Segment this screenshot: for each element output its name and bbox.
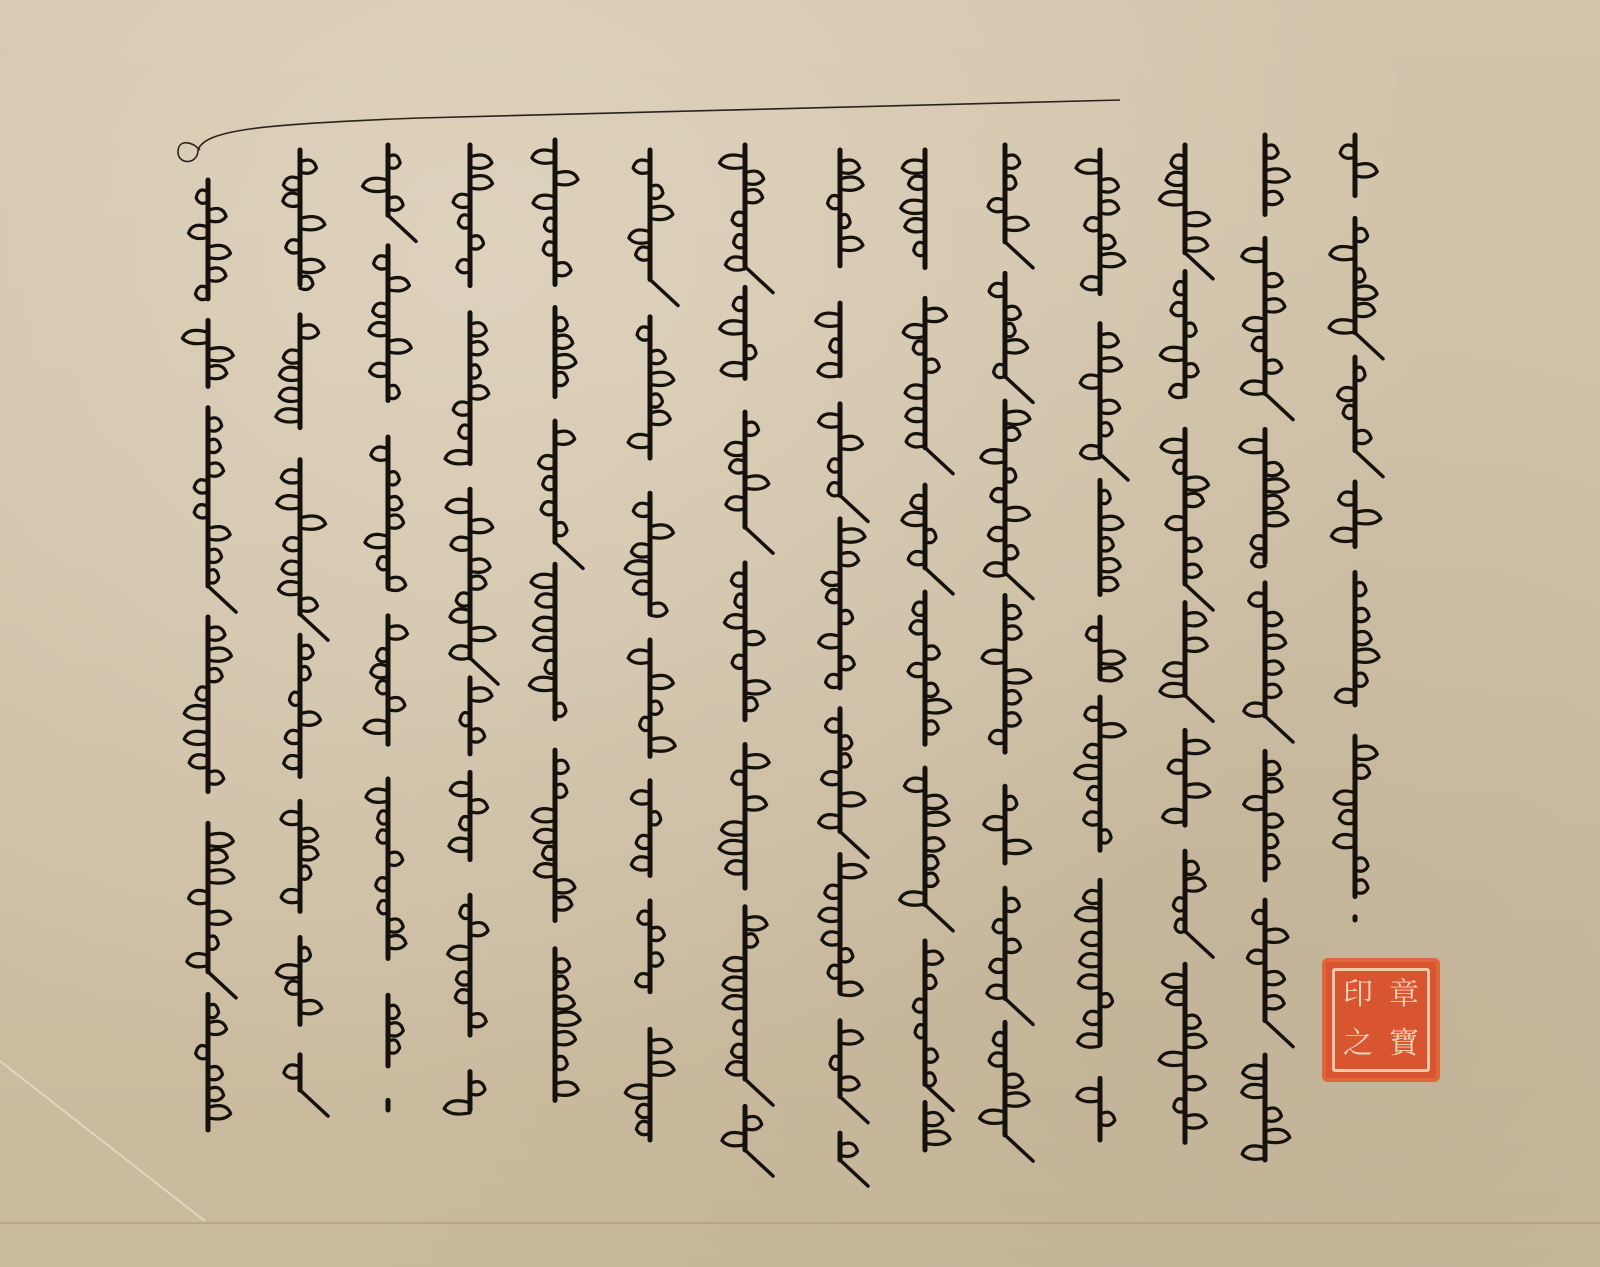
script-stroke [1075, 765, 1100, 778]
script-stroke [1162, 974, 1185, 987]
script-stroke [904, 778, 925, 791]
script-stroke [1005, 670, 1031, 683]
seal-glyph: 章 [1381, 971, 1427, 1020]
script-stroke [470, 386, 489, 399]
script-stroke [370, 363, 388, 376]
script-stroke [363, 178, 388, 191]
script-stroke [470, 342, 487, 355]
script-stroke [1160, 347, 1185, 360]
script-stroke [631, 857, 650, 870]
script-stroke [371, 447, 388, 460]
script-stroke [625, 1085, 650, 1098]
script-stroke [1185, 784, 1210, 797]
script-stroke [1005, 1093, 1029, 1106]
script-stroke [300, 516, 326, 529]
script-stroke [1247, 950, 1265, 963]
script-stroke [745, 190, 763, 203]
script-stroke [1242, 248, 1265, 261]
script-stroke [529, 677, 555, 690]
script-stroke [1005, 1074, 1023, 1087]
script-stroke [449, 838, 470, 851]
script-stroke [1355, 286, 1377, 299]
script-stroke [724, 615, 745, 628]
script-stroke [650, 675, 673, 688]
script-stroke [1166, 172, 1185, 185]
script-stroke [1163, 809, 1185, 822]
script-stroke [388, 577, 406, 590]
script-stroke [650, 738, 675, 751]
script-stroke [536, 594, 555, 607]
script-stroke [903, 324, 925, 337]
script-stroke [981, 450, 1005, 463]
script-stroke [208, 365, 227, 378]
script-stroke [722, 822, 745, 835]
script-stroke [900, 892, 925, 905]
script-stroke [184, 706, 208, 719]
script-stroke [925, 812, 949, 825]
script-stroke [1100, 358, 1122, 371]
script-stroke [555, 431, 575, 444]
script-stroke [1100, 724, 1125, 737]
script-stroke [1335, 689, 1355, 702]
script-stroke [534, 864, 555, 877]
script-stroke [628, 434, 650, 447]
script-stroke [840, 1031, 863, 1044]
script-stroke [1100, 668, 1122, 681]
script-stroke [1005, 840, 1031, 853]
script-stroke [555, 335, 573, 348]
script-stroke [1265, 996, 1284, 1009]
script-stroke [364, 720, 388, 733]
script-stroke [189, 755, 208, 768]
script-stroke [450, 609, 470, 622]
script-stroke [726, 1062, 745, 1075]
script-stroke [1185, 740, 1209, 753]
script-stroke [631, 544, 650, 557]
script-stroke [982, 650, 1005, 663]
script-stroke [1355, 649, 1379, 662]
script-stroke [1242, 1084, 1265, 1097]
script-stroke [1334, 791, 1355, 804]
script-stroke [1265, 360, 1282, 373]
script-stroke [1161, 439, 1185, 452]
script-stroke [925, 1112, 943, 1125]
script-stroke [1080, 375, 1100, 388]
script-stroke [450, 782, 470, 795]
script-stroke [279, 367, 300, 380]
script-stroke [281, 811, 300, 824]
script-stroke [470, 155, 492, 168]
script-stroke [555, 880, 575, 893]
script-stroke [1005, 217, 1028, 230]
script-stroke [745, 631, 764, 644]
script-stroke [819, 908, 840, 921]
script-stroke [1185, 878, 1205, 891]
script-stroke [984, 816, 1005, 829]
seal-glyph: 印 [1335, 971, 1381, 1020]
script-stroke [840, 1077, 859, 1090]
script-stroke [633, 503, 650, 516]
script-stroke [816, 313, 840, 326]
script-stroke [1265, 495, 1283, 508]
script-stroke [840, 1143, 857, 1156]
script-stroke [1334, 834, 1355, 847]
script-stroke [925, 951, 943, 964]
script-stroke [470, 519, 493, 532]
script-stroke [187, 954, 208, 967]
script-stroke [300, 828, 318, 841]
script-stroke [445, 451, 470, 464]
script-stroke [840, 864, 866, 877]
script-stroke [1168, 760, 1185, 773]
script-stroke [1100, 334, 1118, 347]
script-stroke [278, 581, 300, 594]
script-stroke [1159, 1052, 1185, 1065]
script-stroke [840, 177, 863, 190]
script-stroke [720, 321, 745, 334]
script-stroke [555, 1012, 580, 1025]
script-stroke [300, 259, 324, 272]
script-stroke [448, 946, 470, 959]
manuscript-paper: 印 章 之 寶 [0, 0, 1600, 1267]
script-stroke [631, 791, 650, 804]
script-stroke [1185, 238, 1208, 251]
script-stroke [208, 1021, 227, 1034]
script-stroke [840, 793, 865, 806]
script-stroke [451, 537, 470, 550]
script-stroke [450, 646, 470, 659]
script-stroke [555, 1082, 578, 1095]
script-stroke [532, 150, 555, 163]
script-stroke [906, 408, 925, 421]
script-stroke [1166, 516, 1185, 529]
script-stroke [1080, 954, 1100, 967]
script-stroke [208, 268, 226, 281]
script-stroke [984, 563, 1005, 576]
script-stroke [281, 889, 300, 902]
script-stroke [633, 581, 650, 594]
script-stroke [719, 840, 745, 853]
script-stroke [745, 681, 770, 694]
script-stroke [726, 497, 745, 510]
script-stroke [650, 603, 667, 616]
script-stroke [925, 1131, 950, 1144]
script-stroke [1265, 612, 1282, 625]
script-stroke [1080, 446, 1100, 459]
script-stroke [1244, 796, 1265, 809]
script-stroke [555, 172, 578, 185]
script-stroke [720, 155, 745, 168]
script-stroke [725, 442, 745, 455]
script-stroke [1242, 1146, 1265, 1159]
script-stroke [1082, 932, 1100, 945]
script-stroke [840, 237, 863, 250]
script-stroke [819, 635, 840, 648]
script-stroke [277, 496, 300, 509]
script-stroke [300, 598, 317, 611]
script-stroke [650, 411, 670, 424]
script-stroke [1265, 462, 1282, 475]
script-stroke [1100, 201, 1119, 214]
script-stroke [1159, 192, 1185, 205]
red-seal: 印 章 之 寶 [1322, 958, 1440, 1082]
script-stroke [1265, 635, 1286, 648]
script-stroke [1100, 577, 1118, 590]
script-stroke [1265, 971, 1285, 984]
script-stroke [902, 512, 925, 525]
script-stroke [745, 797, 767, 810]
script-stroke [1100, 651, 1125, 664]
script-stroke [905, 219, 925, 232]
script-stroke [840, 160, 860, 173]
script-stroke [745, 171, 764, 184]
script-stroke [1265, 169, 1289, 182]
script-stroke [1331, 528, 1355, 541]
script-stroke [1160, 683, 1185, 696]
script-stroke [1100, 253, 1125, 266]
script-stroke [650, 1062, 674, 1075]
script-stroke [555, 897, 572, 910]
script-stroke [1338, 388, 1355, 401]
script-stroke [300, 1001, 322, 1014]
script-stroke [446, 499, 470, 512]
script-stroke [925, 795, 946, 808]
script-stroke [555, 996, 574, 1009]
script-stroke [925, 308, 946, 321]
script-stroke [470, 559, 490, 572]
script-stroke [819, 414, 840, 427]
script-stroke [1265, 479, 1288, 492]
script-stroke [208, 1106, 231, 1119]
script-stroke [906, 434, 925, 447]
script-stroke [1077, 1088, 1100, 1101]
script-stroke [1005, 340, 1028, 353]
script-stroke [1185, 1034, 1206, 1047]
script-stroke [388, 278, 409, 291]
script-stroke [625, 561, 650, 574]
script-stroke [1355, 303, 1375, 316]
script-stroke [208, 870, 234, 883]
script-stroke [534, 829, 555, 842]
script-stroke [980, 1110, 1005, 1123]
script-stroke [901, 200, 925, 213]
script-stroke [208, 245, 231, 258]
script-stroke [1076, 160, 1100, 173]
script-stroke [1185, 638, 1207, 651]
script-stroke [650, 372, 674, 385]
script-stroke [925, 700, 951, 713]
script-stroke [371, 665, 388, 678]
script-stroke [1185, 493, 1203, 506]
script-stroke [1164, 663, 1185, 676]
script-stroke [628, 650, 650, 663]
script-stroke [208, 849, 227, 862]
seal-glyph: 之 [1335, 1020, 1381, 1069]
script-stroke [470, 176, 493, 189]
script-stroke [555, 355, 576, 368]
script-stroke [1355, 164, 1377, 177]
script-stroke [300, 712, 321, 725]
script-stroke [722, 1133, 745, 1146]
script-stroke [300, 847, 318, 860]
script-stroke [365, 534, 388, 547]
script-stroke [1078, 1034, 1100, 1047]
script-stroke [533, 617, 555, 630]
script-stroke [840, 553, 859, 566]
script-stroke [276, 965, 300, 978]
script-stroke [1167, 991, 1185, 1004]
script-stroke [987, 985, 1005, 998]
script-stroke [724, 957, 745, 970]
script-stroke [444, 1101, 470, 1114]
script-stroke [453, 402, 470, 415]
script-stroke [822, 572, 840, 585]
script-stroke [283, 193, 300, 206]
script-stroke [189, 225, 208, 238]
script-stroke [925, 838, 944, 851]
script-stroke [1243, 318, 1265, 331]
script-stroke [1185, 1077, 1205, 1090]
script-stroke [629, 230, 650, 243]
script-stroke [723, 996, 745, 1009]
script-stroke [208, 911, 231, 924]
script-stroke [366, 789, 388, 802]
script-stroke [208, 208, 226, 221]
script-stroke [182, 330, 208, 343]
script-stroke [470, 800, 488, 813]
script-stroke [533, 195, 555, 208]
script-stroke [531, 574, 555, 587]
script-stroke [1330, 246, 1355, 259]
script-stroke [745, 755, 769, 768]
script-stroke [1244, 703, 1265, 716]
script-stroke [1243, 1065, 1265, 1078]
script-stroke [1329, 320, 1355, 333]
script-stroke [555, 1032, 576, 1045]
script-stroke [819, 815, 840, 828]
script-stroke [300, 217, 325, 230]
seal-glyph: 寶 [1381, 1020, 1427, 1069]
script-stroke [650, 1039, 671, 1052]
script-stroke [388, 697, 405, 710]
script-stroke [1185, 212, 1210, 225]
script-stroke [1081, 277, 1100, 290]
script-stroke [532, 809, 555, 822]
script-stroke [650, 206, 673, 219]
script-stroke [1241, 381, 1265, 394]
script-stroke [745, 917, 767, 930]
script-stroke [184, 731, 208, 744]
script-stroke [818, 363, 840, 376]
script-stroke [282, 561, 300, 574]
script-stroke [905, 385, 925, 398]
script-stroke [650, 525, 673, 538]
script-stroke [470, 627, 495, 640]
script-stroke [1265, 273, 1282, 286]
script-stroke [1265, 661, 1283, 674]
script-stroke [1185, 477, 1208, 490]
script-stroke [300, 325, 319, 338]
script-stroke [208, 527, 230, 540]
script-stroke [745, 1116, 762, 1129]
script-stroke [208, 348, 233, 361]
script-stroke [276, 409, 300, 422]
script-stroke [388, 626, 407, 639]
script-stroke [369, 323, 388, 336]
script-stroke [1265, 814, 1283, 827]
script-stroke [908, 551, 925, 564]
script-stroke [745, 476, 769, 489]
script-stroke [721, 363, 745, 376]
script-stroke [1240, 439, 1265, 452]
script-stroke [1075, 908, 1100, 921]
script-stroke [208, 648, 231, 661]
script-stroke [1005, 411, 1030, 424]
script-stroke [1100, 179, 1118, 192]
script-stroke [1265, 191, 1282, 204]
script-stroke [453, 194, 470, 207]
script-stroke [633, 160, 650, 173]
script-stroke [1100, 400, 1120, 413]
script-stroke [908, 663, 925, 676]
script-stroke [725, 257, 745, 270]
script-stroke [822, 932, 840, 945]
script-stroke [388, 935, 406, 948]
script-stroke [726, 861, 745, 874]
script-stroke [1078, 975, 1100, 988]
script-stroke [1355, 746, 1377, 759]
script-stroke [1355, 511, 1381, 524]
script-stroke [1265, 779, 1282, 792]
script-stroke [1100, 559, 1120, 572]
script-stroke [1265, 1129, 1290, 1142]
script-stroke [1005, 507, 1030, 520]
script-stroke [533, 637, 555, 650]
script-stroke [470, 688, 492, 701]
script-stroke [208, 627, 225, 640]
script-stroke [1265, 929, 1288, 942]
script-stroke [988, 199, 1005, 212]
script-stroke [283, 350, 300, 363]
script-stroke [1265, 513, 1288, 526]
script-stroke [840, 436, 862, 449]
script-stroke [840, 529, 865, 542]
script-stroke [1100, 516, 1123, 529]
script-stroke [723, 977, 745, 990]
script-stroke [279, 388, 300, 401]
script-stroke [208, 833, 233, 846]
script-stroke [189, 890, 208, 903]
script-stroke [1185, 613, 1206, 626]
script-stroke [281, 470, 300, 483]
script-stroke [1265, 299, 1285, 312]
script-stroke [822, 772, 840, 785]
script-stroke [902, 160, 925, 173]
script-stroke [388, 340, 411, 353]
script-stroke [470, 923, 488, 936]
script-stroke [1185, 1115, 1206, 1128]
script-stroke [840, 982, 862, 995]
